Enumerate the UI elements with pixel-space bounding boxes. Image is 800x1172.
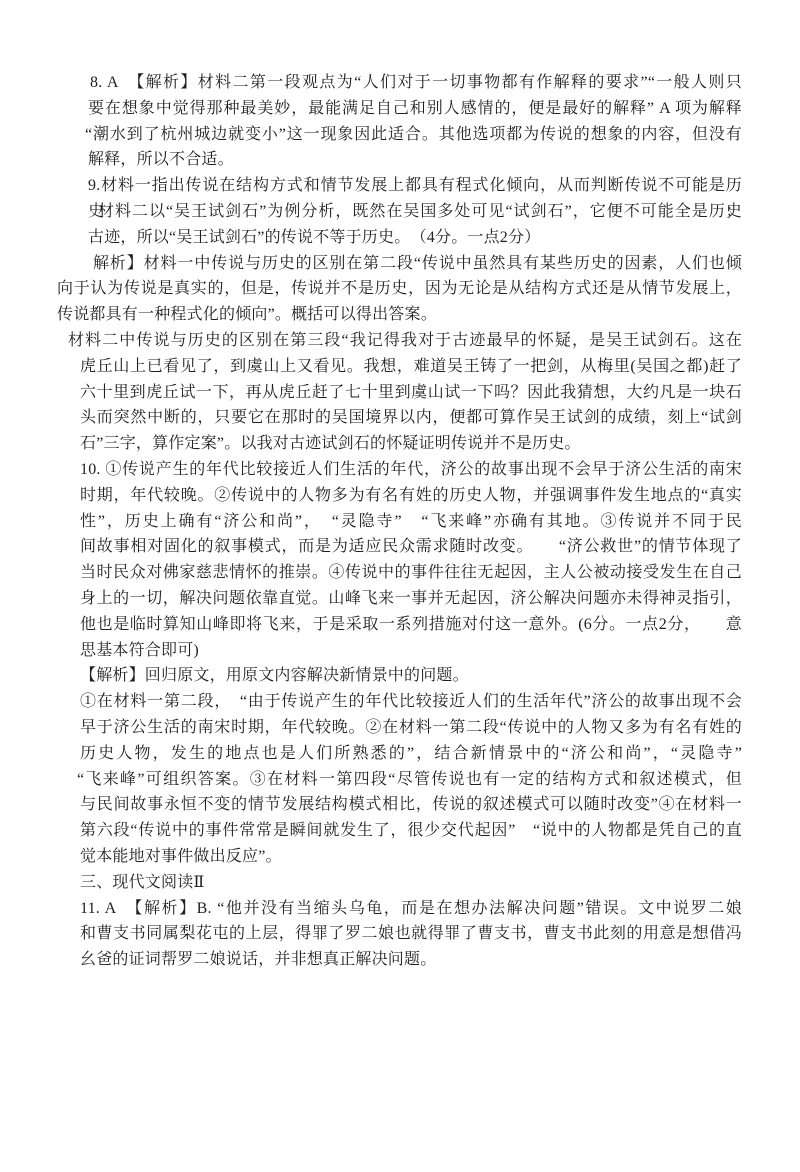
text-line: 8. A 【解析】材料二第一段观点为“人们对于一切事物都有作解释的要求”“一般人…	[90, 70, 742, 96]
text-line: 9.材料一指出传说在结构方式和情节发展上都具有程式化倾向，从而判断传说不可能是历…	[88, 173, 742, 199]
text-line: 他也是临时算知山峰即将飞来，于是采取一系列措施对付这一意外。(6分。一点2分， …	[80, 612, 742, 638]
text-line: 六十里到虎丘试一下，再从虎丘赶了七十里到虞山试一下吗？因此我猜想，大约凡是一块石	[80, 380, 742, 406]
paragraph-answer-10-analysis-detail: ①在材料一第二段， “由于传说产生的年代比较接近人们的生活年代”济公的故事出现不…	[0, 689, 742, 870]
text-line: 材料二中传说与历史的区别在第三段“我记得我对于古迹最早的怀疑，是吴王试剑石。这在	[68, 328, 742, 354]
text-line: 和曹支书同属梨花屯的上层，得罪了罗二娘也就得罪了曹支书，曹支书此刻的用意是想借冯	[80, 921, 742, 947]
text-line: 历史人物，发生的地点也是人们所熟悉的”，结合新情景中的“济公和尚”，“灵隐寺”	[80, 741, 742, 767]
text-block: 8. A 【解析】材料二第一段观点为“人们对于一切事物都有作解释的要求”“一般人…	[0, 70, 742, 973]
text-line: 解释，所以不合适。	[88, 147, 742, 173]
paragraph-answer-9-material2: 材料二中传说与历史的区别在第三段“我记得我对于古迹最早的怀疑，是吴王试剑石。这在…	[0, 328, 742, 457]
text-line: 三、现代文阅读Ⅱ	[80, 870, 742, 896]
text-line: 解析】材料一中传说与历史的区别在第二段“传说中虽然具有某些历史的因素，人们也倾	[93, 251, 742, 277]
paragraph-section-heading-3: 三、现代文阅读Ⅱ	[0, 870, 742, 896]
text-line: 向于认为传说是真实的，但是，传说并不是历史，因为无论是从结构方式还是从情节发展上…	[57, 276, 742, 302]
text-line: 思基本符合即可)	[80, 638, 742, 664]
paragraph-answer-11: 11. A 【解析】B. “他并没有当缩头乌龟，而是在想办法解决问题”错误。文中…	[0, 896, 742, 973]
text-line: 第六段“传说中的事件常常是瞬间就发生了，很少交代起因” “说中的人物都是凭自己的…	[80, 818, 742, 844]
paragraph-answer-10-analysis: 【解析】回归原文，用原文内容解决新情景中的问题。	[0, 663, 742, 689]
document-page: 8. A 【解析】材料二第一段观点为“人们对于一切事物都有作解释的要求”“一般人…	[0, 0, 800, 1172]
text-line: 材料二以“吴王试剑石”为例分析，既然在吴国多处可见“试剑石”，它便不可能全是历史	[98, 199, 742, 225]
text-line: “潮水到了杭州城边就变小”这一现象因此适合。其他选项都为传说的想象的内容，但没有	[85, 122, 742, 148]
text-line: 11. A 【解析】B. “他并没有当缩头乌龟，而是在想办法解决问题”错误。文中…	[80, 896, 742, 922]
text-line: 身上的一切，解决问题依靠直觉。山峰飞来一事并无起因，济公解决问题亦未得神灵指引，	[80, 586, 742, 612]
text-line: 【解析】回归原文，用原文内容解决新情景中的问题。	[80, 663, 742, 689]
text-line: 当时民众对佛家慈悲情怀的推崇。④传说中的事件往往无起因，主人公被动接受发生在自己	[80, 560, 742, 586]
text-line: 觉本能地对事件做出反应”。	[80, 844, 742, 870]
text-line: 时期，年代较晚。②传说中的人物多为有名有姓的历史人物，并强调事件发生地点的“真实	[80, 483, 742, 509]
text-line: 要在想象中觉得那种最美妙，最能满足自己和别人感情的，便是最好的解释” A 项为解…	[88, 96, 742, 122]
paragraph-answer-8: 8. A 【解析】材料二第一段观点为“人们对于一切事物都有作解释的要求”“一般人…	[0, 70, 742, 173]
text-line: 虎丘山上已看见了，到虞山上又看见。我想，难道吴王铸了一把剑，从梅里(吴国之都)赶…	[80, 354, 742, 380]
paragraph-answer-9-analysis: 解析】材料一中传说与历史的区别在第二段“传说中虽然具有某些历史的因素，人们也倾向…	[0, 251, 742, 328]
text-line: “飞来峰”可组织答案。③在材料一第四段“尽管传说也有一定的结构方式和叙述模式，但	[77, 767, 742, 793]
paragraph-answer-10: 10. ①传说产生的年代比较接近人们生活的年代，济公的故事出现不会早于济公生活的…	[0, 457, 742, 663]
text-line: ①在材料一第二段， “由于传说产生的年代比较接近人们的生活年代”济公的故事出现不…	[80, 689, 742, 715]
text-line: 间故事相对固化的叙事模式，而是为适应民众需求随时改变。 “济公救世”的情节体现了	[80, 534, 742, 560]
text-line: 幺爸的证词帮罗二娘说话，并非想真正解决问题。	[80, 947, 742, 973]
text-line: 10. ①传说产生的年代比较接近人们生活的年代，济公的故事出现不会早于济公生活的…	[80, 457, 742, 483]
text-line: 早于济公生活的南宋时期，年代较晚。②在材料一第二段“传说中的人物又多为有名有姓的	[80, 715, 742, 741]
text-line: 石”三字，算作定案”。以我对古迹试剑石的怀疑证明传说并不是历史。	[80, 431, 742, 457]
paragraph-answer-9: 9.材料一指出传说在结构方式和情节发展上都具有程式化倾向，从而判断传说不可能是历…	[0, 173, 742, 250]
text-line: 传说都具有一种程式化的倾向”。概括可以得出答案。	[57, 302, 742, 328]
text-line: 与民间故事永恒不变的情节发展结构模式相比，传说的叙述模式可以随时改变”④在材料一	[80, 792, 742, 818]
text-line: 古迹，所以“吴王试剑石”的传说不等于历史。 （4分。一点2分）	[88, 225, 742, 251]
text-line: 头而突然中断的，只要它在那时的吴国境界以内，便都可算作吴王试剑的成绩，刻上“试剑	[80, 405, 742, 431]
text-line: 性”，历史上确有“济公和尚”， “灵隐寺” “飞来峰”亦确有其地。③传说并不同于…	[80, 509, 742, 535]
